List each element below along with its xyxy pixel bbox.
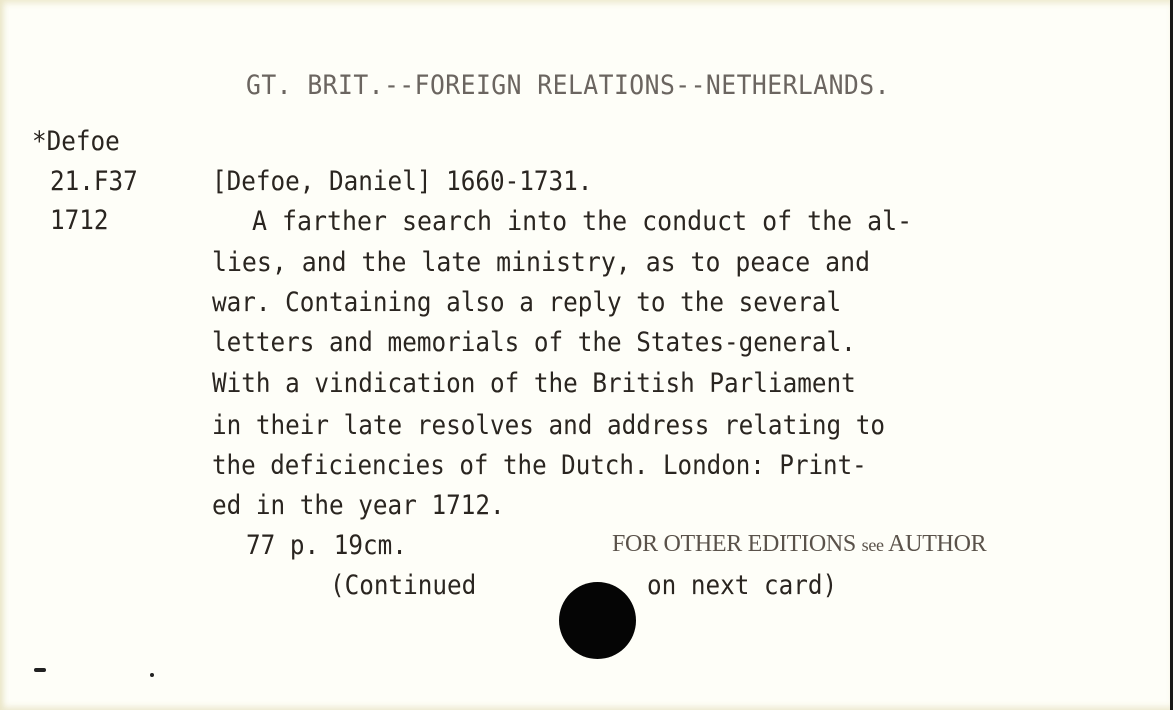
stamp-suffix: AUTHOR [888, 531, 986, 557]
call-number-line-3: 1712 [50, 205, 109, 236]
punch-hole [559, 582, 636, 659]
catalog-card: GT. BRIT.--FOREIGN RELATIONS--NETHERLAND… [0, 0, 1173, 710]
continued-left: (Continued [330, 570, 476, 601]
title-line-2: lies, and the late ministry, as to peace… [212, 247, 870, 278]
smudge-dot [150, 673, 154, 677]
title-line-6: in their late resolves and address relat… [212, 410, 885, 441]
title-line-1: A farther search into the conduct of the… [252, 206, 912, 237]
author-line: [Defoe, Daniel] 1660-1731. [212, 166, 592, 197]
collation-line: 77 p. 19cm. [246, 530, 407, 561]
subject-heading: GT. BRIT.--FOREIGN RELATIONS--NETHERLAND… [246, 70, 890, 101]
stamp-prefix: FOR OTHER EDITIONS [612, 531, 856, 557]
title-line-7: the deficiencies of the Dutch. London: P… [212, 450, 867, 481]
title-line-3: war. Containing also a reply to the seve… [212, 287, 841, 318]
continued-right: on next card) [647, 570, 837, 601]
stamp-see: see [862, 535, 884, 555]
title-line-8: ed in the year 1712. [212, 490, 505, 521]
smudge-mark [34, 668, 46, 672]
other-editions-stamp: FOR OTHER EDITIONS see AUTHOR [612, 531, 986, 558]
title-line-4: letters and memorials of the States-gene… [212, 327, 856, 358]
call-number-line-1: *Defoe [32, 126, 120, 157]
call-number-line-2: 21.F37 [50, 166, 138, 197]
title-line-5: With a vindication of the British Parlia… [212, 368, 856, 399]
